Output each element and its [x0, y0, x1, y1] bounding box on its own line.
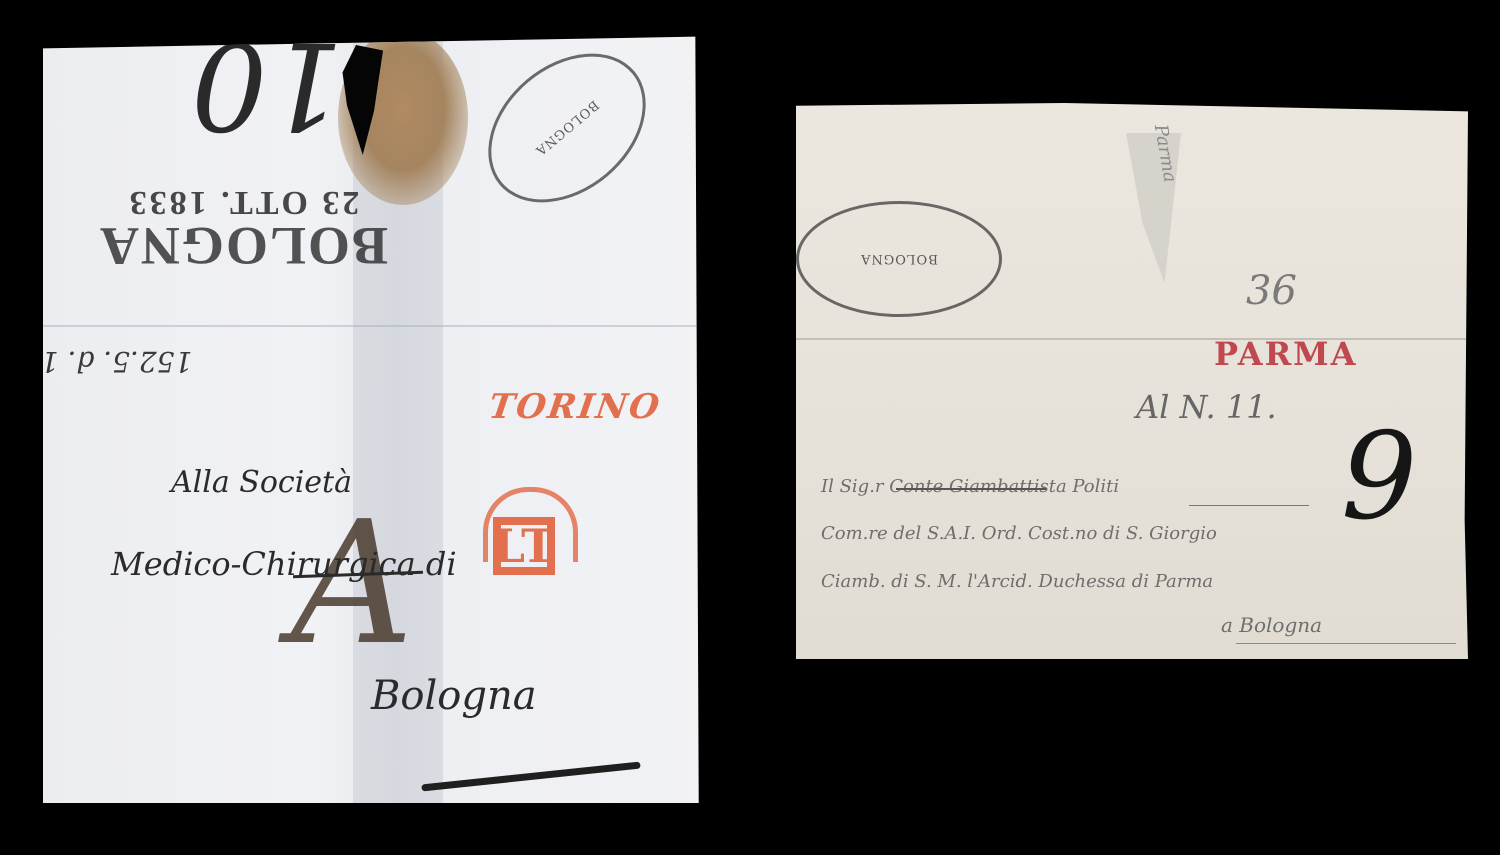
- address-line-1: Alla Società: [171, 465, 352, 500]
- rate-marking: 9: [1341, 408, 1417, 547]
- address-underline: [1236, 643, 1456, 644]
- header-note: Al N. 11.: [1136, 388, 1277, 426]
- oval-handstamp: BOLOGNA: [796, 201, 1002, 317]
- mark-box: LT: [493, 517, 555, 575]
- address-line-3: Bologna: [371, 673, 537, 719]
- torino-postmark: TORINO: [486, 387, 663, 427]
- pencil-number: 36: [1246, 268, 1297, 314]
- fold-line: [796, 338, 1468, 340]
- fold-line: [43, 325, 719, 327]
- oval-handstamp: BOLOGNA: [459, 23, 675, 233]
- rate-marking: 10: [191, 15, 344, 154]
- address-underline: [421, 762, 641, 792]
- address-line-1: Il Sig.r Conte Giambattista Politi: [821, 476, 1119, 497]
- large-handwritten-mark: A: [291, 485, 414, 683]
- address-line-3: Ciamb. di S. M. l'Arcid. Duchessa di Par…: [821, 571, 1213, 592]
- mark-letters: LT: [493, 519, 556, 573]
- parma-postmark: PARMA: [1214, 335, 1357, 373]
- strike-through: [896, 488, 1046, 490]
- oval-stamp-text: BOLOGNA: [532, 97, 601, 159]
- name-underline: [1189, 505, 1309, 506]
- postmark-date: 23 OTT. 1833: [98, 185, 388, 219]
- oval-stamp-text: BOLOGNA: [860, 252, 938, 267]
- postal-cover-left: 10 BOLOGNA 23 OTT. 1833 BOLOGNA 152.5. d…: [43, 25, 719, 803]
- postmark-city: BOLOGNA: [98, 219, 388, 273]
- docket-note: 152.5. d. 18: [23, 345, 192, 378]
- postal-cover-right: Parma BOLOGNA 36 PARMA Al N. 11. 9 Il Si…: [796, 103, 1468, 659]
- bologna-date-postmark: BOLOGNA 23 OTT. 1833: [98, 185, 388, 273]
- address-line-2: Medico-Chirurgica di: [111, 545, 457, 583]
- address-line-4: a Bologna: [1221, 613, 1322, 637]
- address-line-2: Com.re del S.A.I. Ord. Cost.no di S. Gio…: [821, 523, 1217, 544]
- boxed-lt-mark: LT: [483, 487, 568, 582]
